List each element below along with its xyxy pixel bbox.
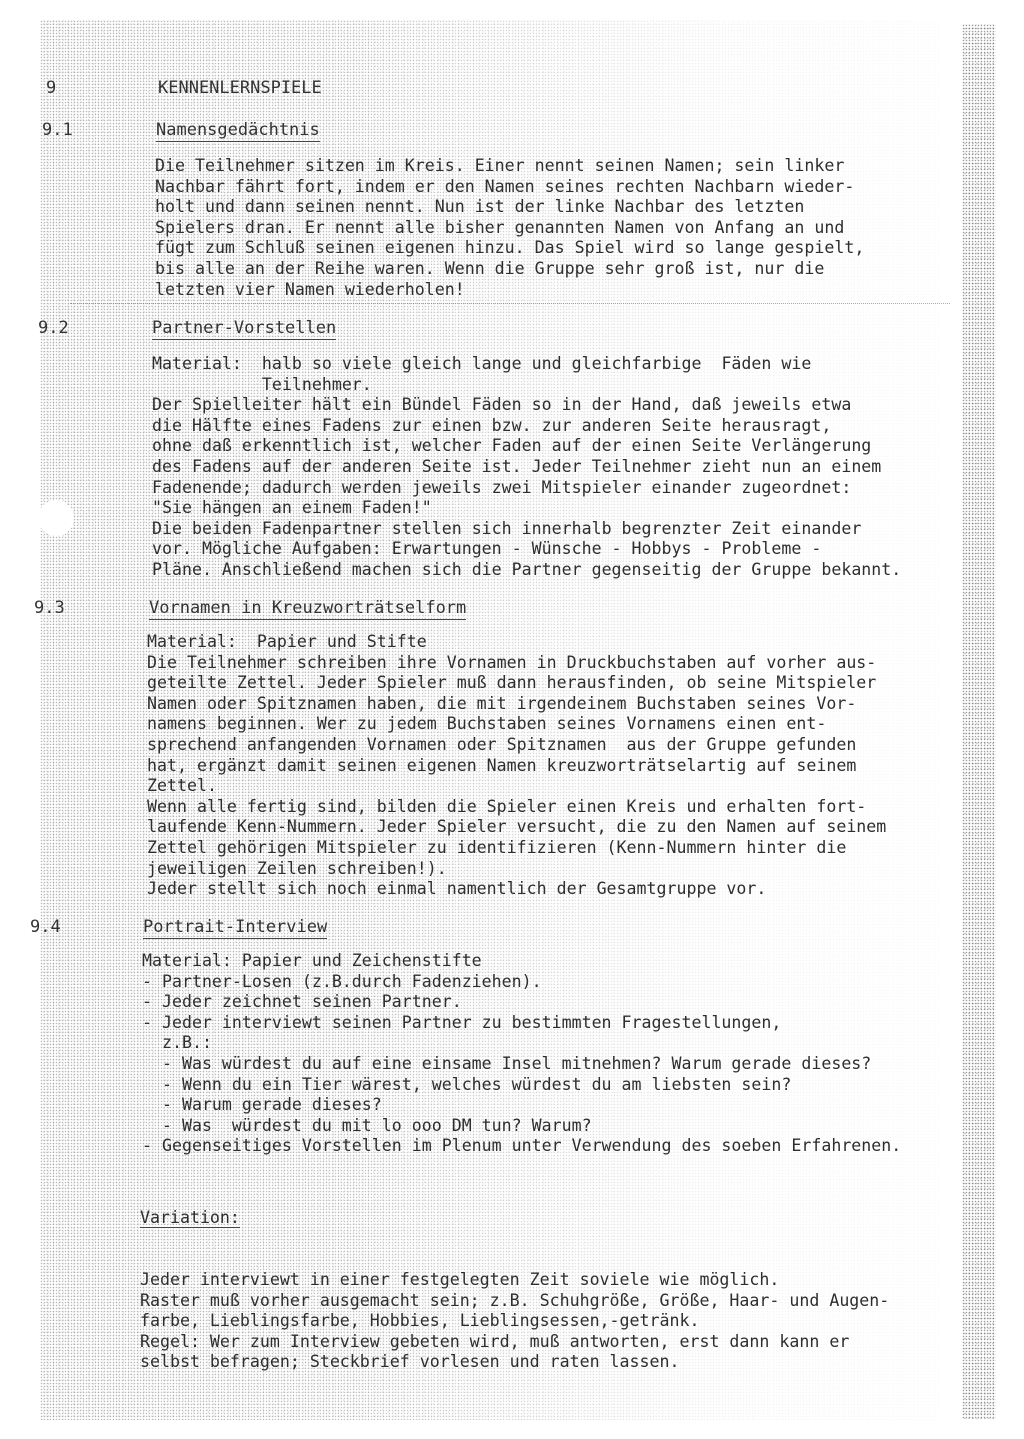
text-line: bis alle an der Reihe waren. Wenn die Gr… xyxy=(155,259,864,280)
text-line: Material: Papier und Zeichenstifte xyxy=(142,951,901,972)
text-line: Regel: Wer zum Interview gebeten wird, m… xyxy=(140,1332,889,1353)
text-line: die Hälfte eines Fadens zur einen bzw. z… xyxy=(152,416,901,437)
text-line: Namen oder Spitznamen haben, die mit irg… xyxy=(147,694,886,715)
text-line: namens beginnen. Wer zu jedem Buchstaben… xyxy=(147,714,886,735)
section-number: 9.2 xyxy=(38,318,69,338)
text-line: laufende Kenn-Nummern. Jeder Spieler ver… xyxy=(147,817,886,838)
chapter-title: KENNENLERNSPIELE xyxy=(158,78,322,98)
text-line: Der Spielleiter hält ein Bündel Fäden so… xyxy=(152,395,901,416)
section-number: 9.4 xyxy=(30,917,61,937)
text-line: Die Teilnehmer sitzen im Kreis. Einer ne… xyxy=(155,156,864,177)
text-line: Zettel gehörigen Mitspieler zu identifiz… xyxy=(147,838,886,859)
text-line: holt und dann seinen nennt. Nun ist der … xyxy=(155,197,864,218)
text-line: - Was würdest du mit lo ooo DM tun? Waru… xyxy=(142,1116,901,1137)
text-line: des Fadens auf der anderen Seite ist. Je… xyxy=(152,457,901,478)
text-line: hat, ergänzt damit seinen eigenen Namen … xyxy=(147,756,886,777)
text-line: fügt zum Schluß seinen eigenen hinzu. Da… xyxy=(155,238,864,259)
text-line: selbst befragen; Steckbrief vorlesen und… xyxy=(140,1352,889,1373)
text-line: Pläne. Anschließend machen sich die Part… xyxy=(152,560,901,581)
text-line: - Warum gerade dieses? xyxy=(142,1095,901,1116)
section-body: Material: halb so viele gleich lange und… xyxy=(152,354,901,581)
text-line: ohne daß erkenntlich ist, welcher Faden … xyxy=(152,436,901,457)
section-heading: Partner-Vorstellen xyxy=(152,318,336,340)
text-line: farbe, Lieblingsfarbe, Hobbies, Liebling… xyxy=(140,1311,889,1332)
text-line: Die beiden Fadenpartner stellen sich inn… xyxy=(152,519,901,540)
text-line: jeweiligen Zeilen schreiben!). xyxy=(147,859,886,880)
section-body: Material: Papier und Zeichenstifte- Part… xyxy=(142,951,901,1157)
text-line: Spielers dran. Er nennt alle bisher gena… xyxy=(155,218,864,239)
section-number: 9.3 xyxy=(34,598,65,618)
text-line: letzten vier Namen wiederholen! xyxy=(155,280,864,301)
variation-block: Variation: Jeder interviewt in einer fes… xyxy=(140,1167,889,1414)
section-heading: Portrait-Interview xyxy=(143,917,327,939)
text-line: - Jeder interviewt seinen Partner zu bes… xyxy=(142,1013,901,1034)
text-line: z.B.: xyxy=(142,1033,901,1054)
text-line: Jeder interviewt in einer festgelegten Z… xyxy=(140,1270,889,1291)
section-body: Material: Papier und StifteDie Teilnehme… xyxy=(147,632,886,900)
text-line: - Was würdest du auf eine einsame Insel … xyxy=(142,1054,901,1075)
text-line: Die Teilnehmer schreiben ihre Vornamen i… xyxy=(147,653,886,674)
text-line: Wenn alle fertig sind, bilden die Spiele… xyxy=(147,797,886,818)
text-line: Fadenende; dadurch werden jeweils zwei M… xyxy=(152,478,901,499)
text-line: Nachbar fährt fort, indem er den Namen s… xyxy=(155,177,864,198)
document-page: 9 KENNENLERNSPIELE 9.1 Namensgedächtnis … xyxy=(0,0,1024,1439)
text-line: Zettel. xyxy=(147,776,886,797)
text-line: - Jeder zeichnet seinen Partner. xyxy=(142,992,901,1013)
variation-heading: Variation: xyxy=(140,1209,240,1228)
text-line: - Wenn du ein Tier wärest, welches würde… xyxy=(142,1075,901,1096)
chapter-number: 9 xyxy=(46,78,56,98)
section-body: Die Teilnehmer sitzen im Kreis. Einer ne… xyxy=(155,156,864,300)
section-number: 9.1 xyxy=(42,120,73,140)
text-line: Raster muß vorher ausgemacht sein; z.B. … xyxy=(140,1291,889,1312)
text-line: Teilnehmer. xyxy=(152,375,901,396)
text-line: Material: halb so viele gleich lange und… xyxy=(152,354,901,375)
text-line: vor. Mögliche Aufgaben: Erwartungen - Wü… xyxy=(152,539,901,560)
variation-body: Jeder interviewt in einer festgelegten Z… xyxy=(140,1270,889,1373)
section-heading: Namensgedächtnis xyxy=(156,120,320,142)
text-line: geteilte Zettel. Jeder Spieler muß dann … xyxy=(147,673,886,694)
text-line: "Sie hängen an einem Faden!" xyxy=(152,498,901,519)
text-line: Jeder stellt sich noch einmal namentlich… xyxy=(147,879,886,900)
text-line: Material: Papier und Stifte xyxy=(147,632,886,653)
text-line: - Gegenseitiges Vorstellen im Plenum unt… xyxy=(142,1136,901,1157)
text-line: sprechend anfangenden Vornamen oder Spit… xyxy=(147,735,886,756)
section-heading: Vornamen in Kreuzworträtselform xyxy=(149,598,466,620)
text-line: - Partner-Losen (z.B.durch Fadenziehen). xyxy=(142,972,901,993)
